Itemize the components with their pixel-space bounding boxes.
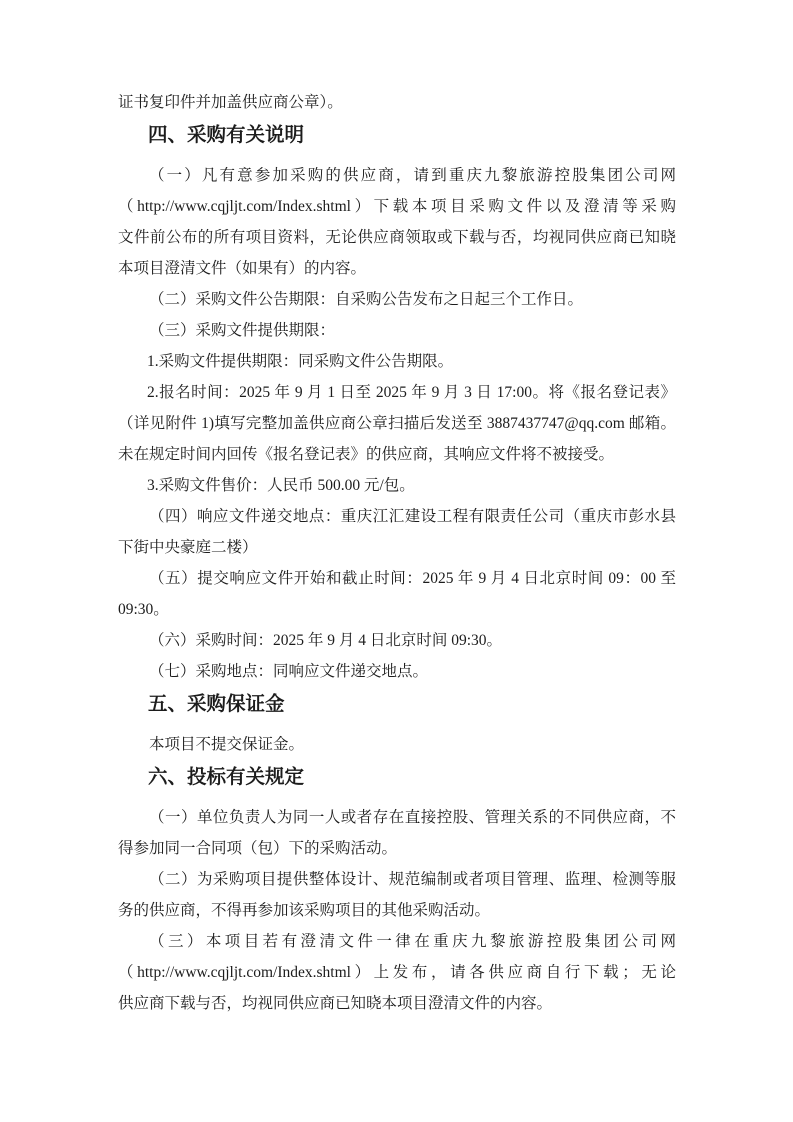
section-heading-6: 六、投标有关规定 bbox=[118, 762, 676, 794]
doc-line: 09:30。 bbox=[118, 594, 676, 625]
doc-line: 下街中央豪庭二楼） bbox=[118, 532, 676, 563]
doc-line: （http://www.cqjljt.com/Index.shtml）下载本项目… bbox=[118, 191, 676, 222]
doc-line: 证书复印件并加盖供应商公章）。 bbox=[118, 87, 676, 118]
doc-line: （三）采购文件提供期限： bbox=[118, 315, 676, 346]
doc-line: （四）响应文件递交地点：重庆江汇建设工程有限责任公司（重庆市彭水县 bbox=[118, 501, 676, 532]
doc-line: 本项目澄清文件（如果有）的内容。 bbox=[118, 253, 676, 284]
doc-line: 本项目不提交保证金。 bbox=[118, 729, 676, 760]
doc-line: 文件前公布的所有项目资料，无论供应商领取或下载与否，均视同供应商已知晓 bbox=[118, 222, 676, 253]
document-content: 证书复印件并加盖供应商公章）。 四、采购有关说明 （一）凡有意参加采购的供应商，… bbox=[118, 87, 676, 1019]
doc-line: 供应商下载与否，均视同供应商已知晓本项目澄清文件的内容。 bbox=[118, 988, 676, 1019]
doc-line: 未在规定时间内回传《报名登记表》的供应商，其响应文件将不被接受。 bbox=[118, 439, 676, 470]
doc-line: （二）采购文件公告期限：自采购公告发布之日起三个工作日。 bbox=[118, 284, 676, 315]
doc-line: （详见附件 1)填写完整加盖供应商公章扫描后发送至 3887437747@qq.… bbox=[118, 408, 676, 439]
doc-line: 2.报名时间：2025 年 9 月 1 日至 2025 年 9 月 3 日 17… bbox=[118, 377, 676, 408]
doc-line: 得参加同一合同项（包）下的采购活动。 bbox=[118, 833, 676, 864]
doc-line: 务的供应商，不得再参加该采购项目的其他采购活动。 bbox=[118, 895, 676, 926]
section-heading-5: 五、采购保证金 bbox=[118, 689, 676, 721]
doc-line: 3.采购文件售价：人民币 500.00 元/包。 bbox=[118, 470, 676, 501]
doc-line: （二）为采购项目提供整体设计、规范编制或者项目管理、监理、检测等服 bbox=[118, 864, 676, 895]
doc-line: （三）本项目若有澄清文件一律在重庆九黎旅游控股集团公司网 bbox=[118, 926, 676, 957]
document-page: 证书复印件并加盖供应商公章）。 四、采购有关说明 （一）凡有意参加采购的供应商，… bbox=[0, 0, 793, 1122]
doc-line: （http://www.cqjljt.com/Index.shtml）上发布，请… bbox=[118, 957, 676, 988]
doc-line: 1.采购文件提供期限：同采购文件公告期限。 bbox=[118, 346, 676, 377]
doc-line: （一）凡有意参加采购的供应商，请到重庆九黎旅游控股集团公司网 bbox=[118, 160, 676, 191]
doc-line: （五）提交响应文件开始和截止时间：2025 年 9 月 4 日北京时间 09：0… bbox=[118, 563, 676, 594]
doc-line: （七）采购地点：同响应文件递交地点。 bbox=[118, 656, 676, 687]
doc-line: （一）单位负责人为同一人或者存在直接控股、管理关系的不同供应商，不 bbox=[118, 802, 676, 833]
section-heading-4: 四、采购有关说明 bbox=[118, 120, 676, 152]
doc-line: （六）采购时间：2025 年 9 月 4 日北京时间 09:30。 bbox=[118, 625, 676, 656]
